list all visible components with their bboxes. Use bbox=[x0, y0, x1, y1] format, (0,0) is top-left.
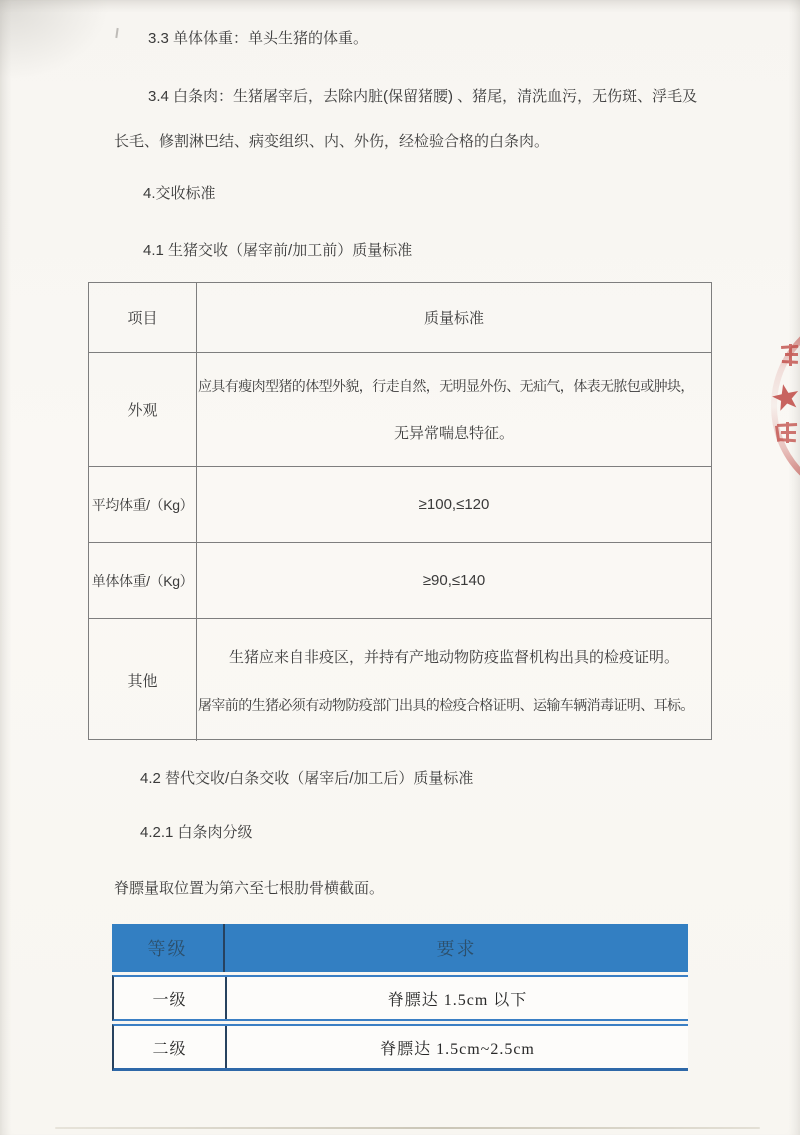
grade-table-header-requirement: 要求 bbox=[225, 924, 688, 972]
section-4-heading: 4.交收标准 bbox=[143, 184, 216, 203]
row-label-appearance: 外观 bbox=[89, 353, 197, 467]
red-seal-stamp-icon bbox=[757, 298, 800, 494]
section-3-3-text: 3.3 单体体重：单头生猪的体重。 bbox=[148, 29, 368, 48]
scan-bottom-edge bbox=[55, 1127, 760, 1129]
section-3-4-line1: 3.4 白条肉：生猪屠宰后，去除内脏(保留猪腰) 、猪尾，清洗血污，无伤斑、浮毛… bbox=[148, 87, 697, 106]
row-value-individual-weight: ≥90,≤140 bbox=[197, 543, 711, 619]
row-value-appearance: 应具有瘦肉型猪的体型外貌，行走自然，无明显外伤、无疝气，体表无脓包或肿块， 无异… bbox=[197, 353, 711, 467]
section-4-2-heading: 4.2 替代交收/白条交收（屠宰后/加工后）质量标准 bbox=[140, 769, 473, 788]
grade-table-header-grade: 等级 bbox=[112, 924, 225, 972]
row-label-individual-weight: 单体体重/（Kg） bbox=[89, 543, 197, 619]
seal-character-fragment-top bbox=[781, 344, 798, 366]
quality-standard-table: 项目 质量标准 外观 应具有瘦肉型猪的体型外貌，行走自然，无明显外伤、无疝气，体… bbox=[88, 282, 712, 740]
row-value-average-weight: ≥100,≤120 bbox=[197, 467, 711, 543]
appearance-line-2: 无异常喘息特征。 bbox=[394, 422, 514, 443]
spine-measure-note: 脊膘量取位置为第六至七根肋骨横截面。 bbox=[114, 879, 384, 898]
section-3-4-line2: 长毛、修割淋巴结、病变组织、内、外伤，经检验合格的白条肉。 bbox=[114, 132, 549, 151]
scanned-document-page: 3.3 单体体重：单头生猪的体重。 3.4 白条肉：生猪屠宰后，去除内脏(保留猪… bbox=[0, 0, 800, 1135]
other-line-1: 生猪应来自非疫区，并持有产地动物防疫监督机构出具的检疫证明。 bbox=[229, 646, 679, 667]
individual-weight-label: 单体体重/（Kg） bbox=[92, 571, 193, 591]
quality-table-header-standard: 质量标准 bbox=[197, 283, 711, 353]
section-4-2-1-heading: 4.2.1 白条肉分级 bbox=[140, 823, 253, 842]
scan-artifact-mark bbox=[115, 28, 118, 38]
grade-row-1: 一级 脊膘达 1.5cm 以下 bbox=[112, 975, 688, 1021]
grade-table-header: 等级 要求 bbox=[112, 924, 688, 972]
grade-1-requirement: 脊膘达 1.5cm 以下 bbox=[227, 977, 688, 1019]
grade-table: 等级 要求 一级 脊膘达 1.5cm 以下 二级 脊膘达 1.5cm~2.5cm bbox=[112, 924, 688, 1071]
row-label-other: 其他 bbox=[89, 619, 197, 741]
grade-2-label: 二级 bbox=[114, 1026, 227, 1068]
row-label-average-weight: 平均体重/（Kg） bbox=[89, 467, 197, 543]
other-line-2: 屠宰前的生猪必须有动物防疫部门出具的检疫合格证明、运输车辆消毒证明、耳标。 bbox=[196, 695, 712, 715]
grade-row-2: 二级 脊膘达 1.5cm~2.5cm bbox=[112, 1024, 688, 1071]
section-4-1-heading: 4.1 生猪交收（屠宰前/加工前）质量标准 bbox=[143, 241, 412, 260]
average-weight-label: 平均体重/（Kg） bbox=[92, 495, 193, 515]
appearance-line-1: 应具有瘦肉型猪的体型外貌，行走自然，无明显外伤、无疝气，体表无脓包或肿块， bbox=[196, 376, 712, 396]
quality-table-header-item: 项目 bbox=[89, 283, 197, 353]
seal-character-fragment-bottom bbox=[775, 422, 797, 443]
row-value-other: 生猪应来自非疫区，并持有产地动物防疫监督机构出具的检疫证明。 屠宰前的生猪必须有… bbox=[197, 619, 711, 741]
grade-1-label: 一级 bbox=[114, 977, 227, 1019]
grade-2-requirement: 脊膘达 1.5cm~2.5cm bbox=[227, 1026, 688, 1068]
